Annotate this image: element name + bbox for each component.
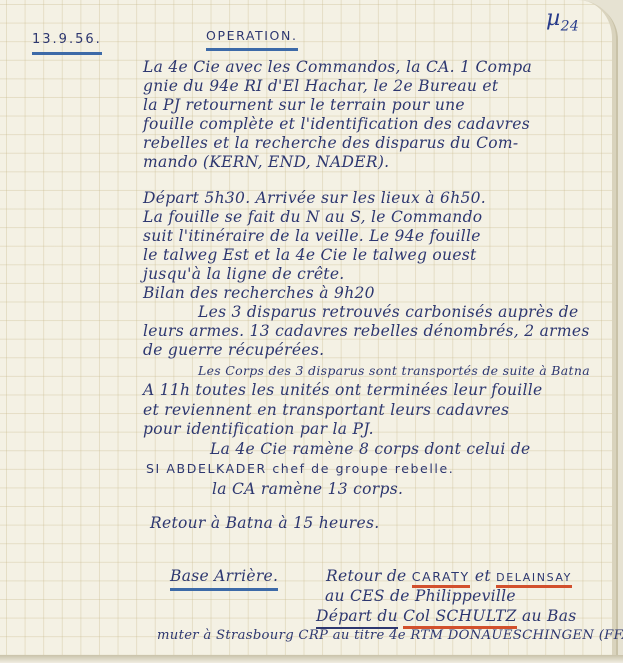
base-arriere-line1: Retour de CARATY et DELAINSAY <box>326 567 572 588</box>
para3-line: Les Corps des 3 disparus sont transporté… <box>198 362 590 381</box>
para1-line: la PJ retournent sur le terrain pour une <box>143 96 465 115</box>
para2-line: jusqu'à la ligne de crête. <box>143 265 345 284</box>
page-number-value: 24 <box>561 18 579 34</box>
return-prefix: Retour de <box>326 567 407 585</box>
para2-line: La fouille se fait du N au S, le Command… <box>143 208 482 227</box>
name-delainsay: DELAINSAY <box>496 571 572 588</box>
para3-line: pour identification par la PJ. <box>143 420 374 439</box>
page-bottom-edge <box>0 655 623 663</box>
para3-line: et reviennent en transportant leurs cada… <box>143 401 509 420</box>
para1-line: La 4e Cie avec les Commandos, la CA. 1 C… <box>143 58 532 77</box>
notebook-page: 13.9.56. OPERATION. µ24 La 4e Cie avec l… <box>0 0 616 655</box>
para2-line: suit l'itinéraire de la veille. Le 94e f… <box>143 227 481 246</box>
para3-line: de guerre récupérées. <box>143 341 324 360</box>
departure-prefix: Départ du <box>316 607 398 629</box>
para1-line: fouille complète et l'identification des… <box>143 115 530 134</box>
page-number: µ24 <box>546 10 579 36</box>
return-line: Retour à Batna à 15 heures. <box>150 514 379 533</box>
para2-line: Départ 5h30. Arrivée sur les lieux à 6h5… <box>143 189 486 208</box>
para1-line: gnie du 94e RI d'El Hachar, le 2e Bureau… <box>143 77 498 96</box>
para2-line: Bilan des recherches à 9h20 <box>143 284 375 303</box>
name-caraty: CARATY <box>412 569 470 588</box>
page-number-prefix: µ <box>546 6 561 31</box>
departure-suffix: au Bas <box>522 607 577 625</box>
base-arriere-line4: muter à Strasbourg CRP au titre 4e RTM D… <box>157 627 623 646</box>
base-arriere-line2: au CES de Philippeville <box>325 587 516 606</box>
para3-line: A 11h toutes les unités ont terminées le… <box>143 381 543 400</box>
base-arriere-heading: Base Arrière. <box>170 567 278 591</box>
para3-line: SI ABDELKADER chef de groupe rebelle. <box>146 460 454 479</box>
name-schultz: Col SCHULTZ <box>403 607 517 629</box>
para2-line: le talweg Est et la 4e Cie le talweg oue… <box>143 246 477 265</box>
conjunction: et <box>475 567 491 585</box>
entry-date: 13.9.56. <box>32 31 102 55</box>
para3-line: La 4e Cie ramène 8 corps dont celui de <box>210 440 531 459</box>
para3-line: la CA ramène 13 corps. <box>212 480 403 499</box>
para3-line: Les 3 disparus retrouvés carbonisés aupr… <box>198 303 579 322</box>
para1-line: rebelles et la recherche des disparus du… <box>143 134 518 153</box>
para3-line: leurs armes. 13 cadavres rebelles dénomb… <box>143 322 590 341</box>
base-arriere-line3: Départ du Col SCHULTZ au Bas <box>316 607 577 626</box>
para1-line: mando (KERN, END, NADER). <box>143 153 389 172</box>
page-title: OPERATION. <box>206 27 298 51</box>
